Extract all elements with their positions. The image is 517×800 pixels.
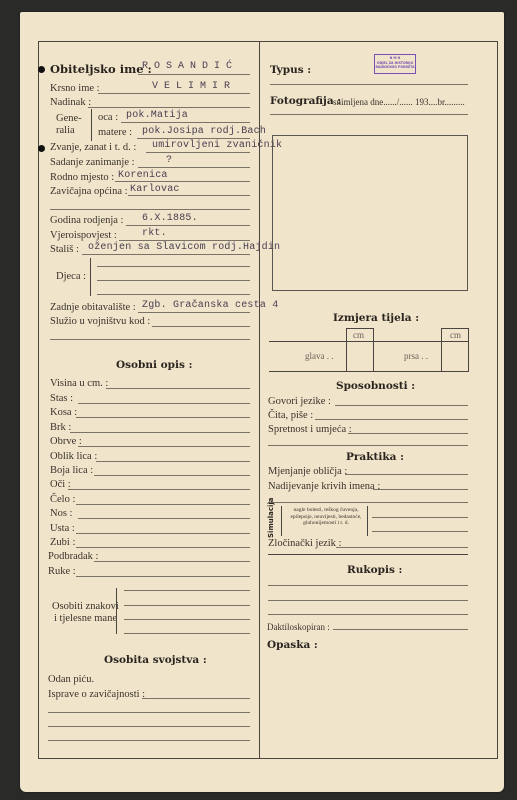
build-label: Stas : xyxy=(50,393,73,405)
practices-bottom-line xyxy=(268,554,468,555)
languages-line xyxy=(335,405,468,406)
special-marks-bracket xyxy=(116,588,117,634)
simulation-line-1 xyxy=(372,517,468,518)
personal-description-heading: Osobni opis : xyxy=(116,359,192,371)
punch-hole-middle xyxy=(38,145,45,152)
simulation-text: nagle bolesti, teškog čuvenja, epilepsij… xyxy=(286,507,366,527)
disguise-label: Mjenjanje obličja : xyxy=(268,466,347,478)
practices-heading: Praktika : xyxy=(346,451,404,463)
given-name-line xyxy=(98,93,250,94)
generalia-bracket xyxy=(91,109,92,141)
chest-label: prsa . . xyxy=(404,350,428,362)
hair-line xyxy=(76,417,250,418)
typus-line xyxy=(270,84,468,85)
children-label: Djeca : xyxy=(56,271,86,283)
typus-label: Typus : xyxy=(270,64,311,76)
children-line-1 xyxy=(97,266,250,267)
hair-label: Kosa : xyxy=(50,407,77,419)
photo-line xyxy=(270,114,468,115)
simulation-bracket-right xyxy=(367,506,368,536)
handwriting-line-3 xyxy=(268,614,468,615)
occupation-label: Zvanje, zanat i t. d. : xyxy=(50,142,136,154)
fingerprinted-label: Daktiloskopiran : xyxy=(267,621,330,633)
photo-label: Fotografija : xyxy=(270,95,341,107)
abilities-heading: Sposobnosti : xyxy=(336,380,415,392)
documents-line-4 xyxy=(48,740,250,741)
punch-hole-top xyxy=(38,66,45,73)
face-shape-line xyxy=(96,461,250,462)
teeth-label: Zubi : xyxy=(50,537,75,549)
current-occupation-label: Sadanje zanimanje : xyxy=(50,157,135,169)
occupation-line xyxy=(146,152,250,153)
military-line xyxy=(152,326,250,327)
given-name-value: VELIMIR xyxy=(152,81,236,93)
skills-label: Spretnost i umjeća : xyxy=(268,424,352,436)
criminal-language-label: Zločinački jezik : xyxy=(268,538,341,550)
moustache-label: Brk : xyxy=(50,422,71,434)
documents-label: Isprave o zavičajnosti : xyxy=(48,689,145,701)
last-residence-label: Zadnje obitavalište : xyxy=(50,302,136,314)
traits-value: Odan piću. xyxy=(48,674,94,686)
special-marks-line-3 xyxy=(124,619,250,620)
mouth-label: Usta : xyxy=(50,523,75,535)
handwriting-line-1 xyxy=(268,585,468,586)
religion-value: rkt. xyxy=(142,228,167,240)
marital-status-label: Stališ : xyxy=(50,244,79,256)
height-label: Visina u cm. : xyxy=(50,378,108,390)
father-line xyxy=(121,122,250,123)
home-municipality-line-2 xyxy=(50,209,250,210)
head-cm-label: cm xyxy=(353,329,364,341)
children-line-2 xyxy=(97,280,250,281)
special-marks-label-1: Osobiti znakovi xyxy=(52,601,119,613)
false-names-line-2 xyxy=(268,502,468,503)
marital-status-value: oženjen sa Slavicom rodj.Hajdin xyxy=(88,242,280,254)
last-residence-value: Zgb. Gračanska cesta 4 xyxy=(142,300,278,312)
chin-label: Podbradak : xyxy=(48,551,98,563)
languages-label: Govori jezike : xyxy=(268,396,331,408)
children-bracket xyxy=(90,258,91,296)
skills-line xyxy=(348,433,468,434)
measurements-heading: Izmjera tijela : xyxy=(333,312,419,324)
religion-label: Vjeroispovjest : xyxy=(50,230,117,242)
remark-heading: Opaska : xyxy=(267,639,318,651)
birthplace-label: Rodno mjesto : xyxy=(50,172,114,184)
given-name-label: Krsno ime : xyxy=(50,83,100,95)
documents-line-2 xyxy=(48,712,250,713)
photo-box xyxy=(272,135,468,291)
forehead-line xyxy=(76,504,250,505)
home-municipality-label: Zavičajna općina : xyxy=(50,186,128,198)
generalia-label-1: Gene- xyxy=(56,113,82,125)
surname-label: Obiteljsko ime : xyxy=(50,63,152,75)
generalia-label-2: ralia xyxy=(56,125,75,137)
archive-stamp: N M H ODJEL ZA HISTORIJU RADNIČKOG POKRE… xyxy=(374,54,416,74)
false-names-line xyxy=(373,489,468,490)
forehead-label: Čelo : xyxy=(50,494,75,506)
nickname-line xyxy=(88,107,250,108)
surname-value: ROSANDIĆ xyxy=(142,61,238,73)
special-marks-line-1 xyxy=(124,590,250,591)
fingerprinted-line xyxy=(333,629,468,630)
complexion-label: Boja lica : xyxy=(50,465,93,477)
special-marks-label-2: i tjelesne mane xyxy=(54,613,117,625)
chin-line xyxy=(94,561,250,562)
false-names-label: Nadijevanje krivih imena : xyxy=(268,481,380,493)
birth-year-label: Godina rodjenja : xyxy=(50,215,123,227)
current-occupation-value: ? xyxy=(166,155,172,167)
build-line xyxy=(78,403,250,404)
father-value: pok.Matija xyxy=(126,110,188,122)
handwriting-heading: Rukopis : xyxy=(347,564,402,576)
head-label: glava . . xyxy=(305,350,334,362)
nose-line xyxy=(78,518,250,519)
simulation-line-2 xyxy=(372,531,468,532)
handwriting-line-2 xyxy=(268,600,468,601)
hands-label: Ruke : xyxy=(48,566,76,578)
height-line xyxy=(106,388,250,389)
criminal-language-line xyxy=(336,547,468,548)
measurements-top-line xyxy=(269,341,469,342)
traits-heading: Osobita svojstva : xyxy=(104,654,207,666)
skills-line-2 xyxy=(268,445,468,446)
current-occupation-line xyxy=(138,167,250,168)
birth-year-value: 6.X.1885. xyxy=(142,213,198,225)
special-marks-line-2 xyxy=(124,605,250,606)
last-residence-line xyxy=(138,312,250,313)
eyes-line xyxy=(68,489,250,490)
mother-line xyxy=(137,138,250,139)
simulation-bracket-left xyxy=(281,506,282,536)
teeth-line xyxy=(76,547,250,548)
moustache-line xyxy=(70,432,250,433)
children-line-3 xyxy=(97,294,250,295)
birthplace-line xyxy=(115,181,250,182)
disguise-line xyxy=(345,474,468,475)
documents-line-3 xyxy=(48,726,250,727)
military-line-2 xyxy=(50,339,250,340)
surname-line xyxy=(138,74,250,75)
reads-writes-label: Čita, piše : xyxy=(268,410,313,422)
military-label: Služio u vojništvu kod : xyxy=(50,316,150,328)
complexion-line xyxy=(94,475,250,476)
occupation-value: umirovljeni zvaničnik xyxy=(152,140,282,152)
photo-date-text: snimljena dne....../...... 193....br....… xyxy=(333,96,465,108)
nose-label: Nos : xyxy=(50,508,72,520)
chest-cm-label: cm xyxy=(450,329,461,341)
hands-line xyxy=(76,576,250,577)
mother-label: matere : xyxy=(98,127,132,139)
religion-line xyxy=(119,240,250,241)
special-marks-line-4 xyxy=(124,633,250,634)
eyebrows-line xyxy=(78,446,250,447)
birth-year-line xyxy=(126,225,250,226)
nickname-label: Nadinak : xyxy=(50,97,91,109)
simulation-label: Simulacija xyxy=(267,497,275,538)
home-municipality-line xyxy=(128,195,250,196)
face-shape-label: Oblik lica : xyxy=(50,451,97,463)
documents-line xyxy=(142,698,250,699)
measurements-bottom-line xyxy=(269,371,469,372)
mouth-line xyxy=(76,533,250,534)
marital-status-line xyxy=(82,254,250,255)
reads-writes-line xyxy=(315,419,468,420)
stamp-line-3: RADNIČKOG POKRETA xyxy=(375,65,415,70)
mother-value: pok.Josipa rodj.Bach xyxy=(142,126,266,138)
father-label: oca : xyxy=(98,112,118,124)
